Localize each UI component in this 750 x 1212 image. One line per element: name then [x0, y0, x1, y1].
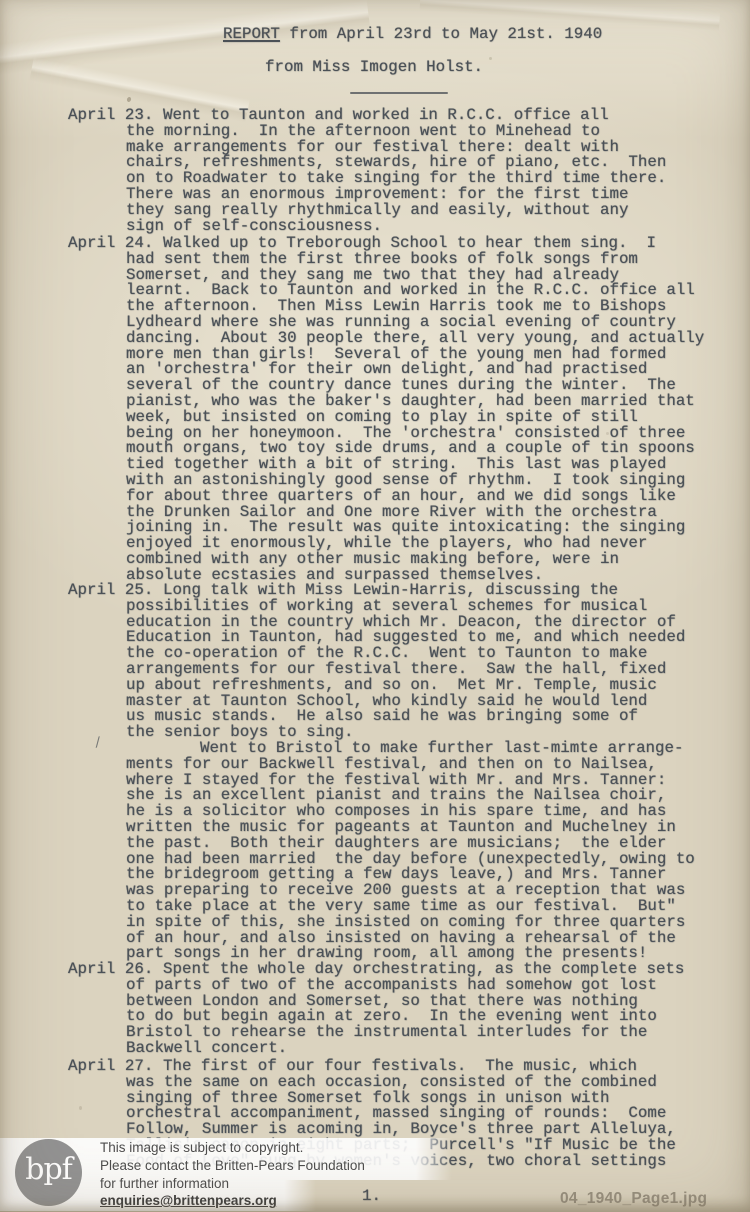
diary-entry-april-24: April 24. Walked up to Treborough School…	[0, 236, 750, 584]
entry-text: Long talk with Miss Lewin-Harris, discus…	[126, 583, 726, 741]
diary-entry-april-25: April 25. Long talk with Miss Lewin-Harr…	[0, 583, 750, 741]
entry-text: Walked up to Treborough School to hear t…	[126, 236, 726, 584]
entry-text: Spent the whole day orchestrating, as th…	[126, 962, 726, 1057]
report-title-rest: from April 23rd to May 21st. 1940	[280, 25, 602, 43]
bpf-logo-text: bpf	[25, 1155, 72, 1191]
copyright-notice-line: This image is subject to copyright.	[100, 1139, 303, 1156]
copyright-email: enquiries@brittenpears.org	[100, 1192, 277, 1209]
copyright-notice-line: for further information	[100, 1175, 229, 1192]
filename-stamp: 04_1940_Page1.jpg	[560, 1190, 707, 1208]
entry-text: Went to Taunton and worked in R.C.C. off…	[126, 108, 726, 234]
paper-speck	[489, 57, 492, 60]
diary-entry-bristol-paragraph: Went to Bristol to make further last-mim…	[0, 741, 750, 962]
report-subtitle: from Miss Imogen Holst.	[265, 60, 483, 76]
title-underline-rule	[350, 92, 448, 94]
diary-entry-april-23: April 23. Went to Taunton and worked in …	[0, 108, 750, 234]
report-title-underlined-word: REPORT	[223, 25, 280, 43]
bpf-logo: bpf	[15, 1139, 82, 1206]
page-number: 1.	[362, 1189, 381, 1205]
paper-speck	[126, 96, 131, 102]
report-title: REPORT from April 23rd to May 21st. 1940	[223, 27, 602, 43]
entry-text: Went to Bristol to make further last-mim…	[126, 741, 726, 962]
paper-crease	[0, 0, 372, 91]
copyright-notice-line: Please contact the Britten-Pears Foundat…	[100, 1157, 365, 1174]
diary-entry-april-26: April 26. Spent the whole day orchestrat…	[0, 962, 750, 1057]
scanned-report-page: REPORT from April 23rd to May 21st. 1940…	[0, 0, 750, 1212]
